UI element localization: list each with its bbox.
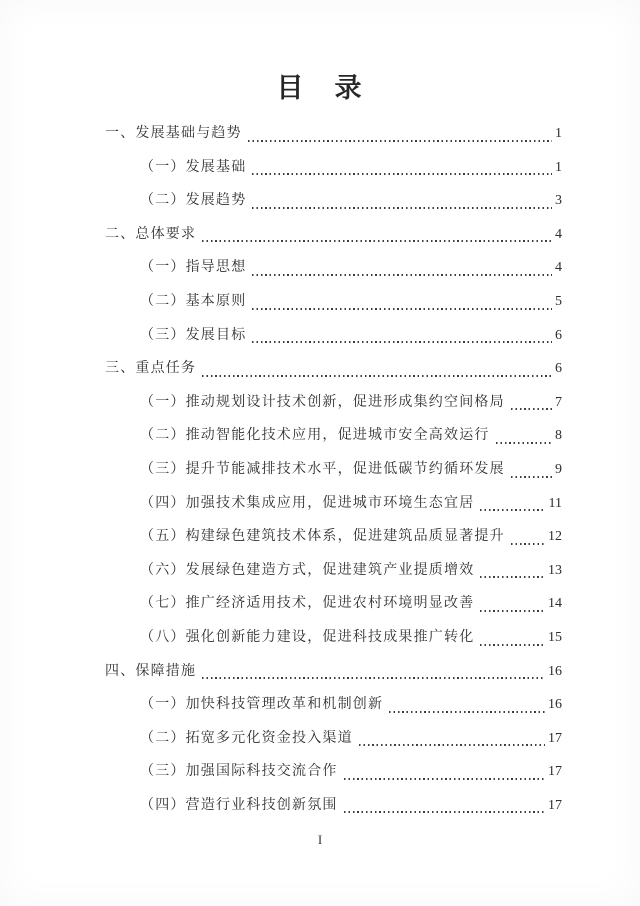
- dot-leader: [511, 408, 552, 410]
- toc-entry-page: 17: [548, 789, 562, 823]
- toc-entry-page: 5: [555, 285, 562, 319]
- toc-entry-page: 14: [548, 587, 562, 621]
- toc-entry: （三）加强国际科技交流合作17: [105, 755, 562, 789]
- toc-entry: （二）发展趋势3: [105, 184, 562, 218]
- toc-entry-page: 11: [549, 487, 562, 521]
- dot-leader: [252, 173, 552, 175]
- toc-entry: （二）推动智能化技术应用，促进城市安全高效运行8: [105, 419, 562, 453]
- toc-entry-label: （七）推广经济适用技术，促进农村环境明显改善: [140, 587, 474, 621]
- toc-entry-label: （六）发展绿色建造方式，促进建筑产业提质增效: [140, 554, 474, 588]
- toc-entry-page: 1: [555, 151, 562, 185]
- dot-leader: [252, 274, 552, 276]
- toc-entry-page: 17: [548, 755, 562, 789]
- toc-entry-page: 6: [555, 352, 562, 386]
- dot-leader: [252, 207, 552, 209]
- toc-entry: 四、保障措施16: [105, 655, 562, 689]
- page-title: 目 录: [0, 66, 640, 105]
- toc-entry-label: 三、重点任务: [105, 352, 196, 386]
- toc-entry-label: （五）构建绿色建筑技术体系，促进建筑品质显著提升: [140, 520, 505, 554]
- toc-entry: （一）推动规划设计技术创新，促进形成集约空间格局7: [105, 386, 562, 420]
- toc-entry-label: （一）加快科技管理改革和机制创新: [140, 688, 383, 722]
- toc-entry: （二）拓宽多元化资金投入渠道17: [105, 722, 562, 756]
- toc-entry-page: 15: [548, 621, 562, 655]
- toc-entry-label: （一）推动规划设计技术创新，促进形成集约空间格局: [140, 386, 505, 420]
- toc-entry-page: 1: [555, 117, 562, 151]
- toc-entry-label: （四）加强技术集成应用，促进城市环境生态宜居: [140, 487, 474, 521]
- toc-entry-page: 9: [555, 453, 562, 487]
- dot-leader: [511, 543, 545, 545]
- toc-entry-page: 4: [555, 251, 562, 285]
- toc-entry-page: 12: [548, 520, 562, 554]
- toc-entry: （七）推广经济适用技术，促进农村环境明显改善14: [105, 587, 562, 621]
- toc-entry: （四）加强技术集成应用，促进城市环境生态宜居11: [105, 487, 562, 521]
- toc-entry-label: （二）拓宽多元化资金投入渠道: [140, 722, 353, 756]
- dot-leader: [202, 677, 545, 679]
- dot-leader: [480, 576, 545, 578]
- toc-entry: （四）营造行业科技创新氛围17: [105, 789, 562, 823]
- toc-entry: （五）构建绿色建筑技术体系，促进建筑品质显著提升12: [105, 520, 562, 554]
- toc-entry-label: （二）发展趋势: [140, 184, 246, 218]
- toc-entry-label: （二）基本原则: [140, 285, 246, 319]
- toc-entry: 一、发展基础与趋势1: [105, 117, 562, 151]
- dot-leader: [252, 341, 552, 343]
- dot-leader: [344, 778, 545, 780]
- dot-leader: [252, 308, 552, 310]
- toc-entry-page: 4: [555, 218, 562, 252]
- toc-list: 一、发展基础与趋势1（一）发展基础1（二）发展趋势3二、总体要求4（一）指导思想…: [105, 117, 562, 822]
- toc-entry: （一）发展基础1: [105, 151, 562, 185]
- toc-entry-label: （四）营造行业科技创新氛围: [140, 789, 338, 823]
- toc-entry-page: 7: [555, 386, 562, 420]
- toc-entry-label: （三）提升节能减排技术水平，促进低碳节约循环发展: [140, 453, 505, 487]
- toc-entry-label: 一、发展基础与趋势: [105, 117, 242, 151]
- toc-entry: 三、重点任务6: [105, 352, 562, 386]
- toc-entry-label: （一）指导思想: [140, 251, 246, 285]
- toc-entry-page: 16: [548, 688, 562, 722]
- toc-entry-label: （八）强化创新能力建设，促进科技成果推广转化: [140, 621, 474, 655]
- toc-entry-label: 四、保障措施: [105, 655, 196, 689]
- dot-leader: [344, 811, 545, 813]
- dot-leader: [202, 375, 552, 377]
- toc-entry-page: 16: [548, 655, 562, 689]
- toc-entry: （三）提升节能减排技术水平，促进低碳节约循环发展9: [105, 453, 562, 487]
- dot-leader: [511, 476, 552, 478]
- dot-leader: [496, 442, 552, 444]
- dot-leader: [202, 240, 552, 242]
- toc-entry: （一）加快科技管理改革和机制创新16: [105, 688, 562, 722]
- toc-entry: （六）发展绿色建造方式，促进建筑产业提质增效13: [105, 554, 562, 588]
- toc-entry-page: 13: [548, 554, 562, 588]
- toc-entry-page: 17: [548, 722, 562, 756]
- toc-entry-label: 二、总体要求: [105, 218, 196, 252]
- dot-leader: [480, 610, 545, 612]
- dot-leader: [480, 509, 545, 511]
- toc-entry-label: （二）推动智能化技术应用，促进城市安全高效运行: [140, 419, 490, 453]
- toc-entry: （二）基本原则5: [105, 285, 562, 319]
- document-page: 目 录 一、发展基础与趋势1（一）发展基础1（二）发展趋势3二、总体要求4（一）…: [0, 0, 640, 906]
- dot-leader: [359, 744, 545, 746]
- toc-entry: （三）发展目标6: [105, 319, 562, 353]
- toc-entry-label: （三）加强国际科技交流合作: [140, 755, 338, 789]
- page-number-footer: I: [0, 832, 640, 848]
- toc-entry-label: （一）发展基础: [140, 151, 246, 185]
- toc-entry-label: （三）发展目标: [140, 319, 246, 353]
- dot-leader: [480, 644, 545, 646]
- toc-entry: （一）指导思想4: [105, 251, 562, 285]
- dot-leader: [248, 140, 552, 142]
- toc-entry-page: 6: [555, 319, 562, 353]
- toc-entry: 二、总体要求4: [105, 218, 562, 252]
- toc-entry-page: 3: [555, 184, 562, 218]
- toc-entry-page: 8: [555, 419, 562, 453]
- toc-entry: （八）强化创新能力建设，促进科技成果推广转化15: [105, 621, 562, 655]
- dot-leader: [389, 711, 545, 713]
